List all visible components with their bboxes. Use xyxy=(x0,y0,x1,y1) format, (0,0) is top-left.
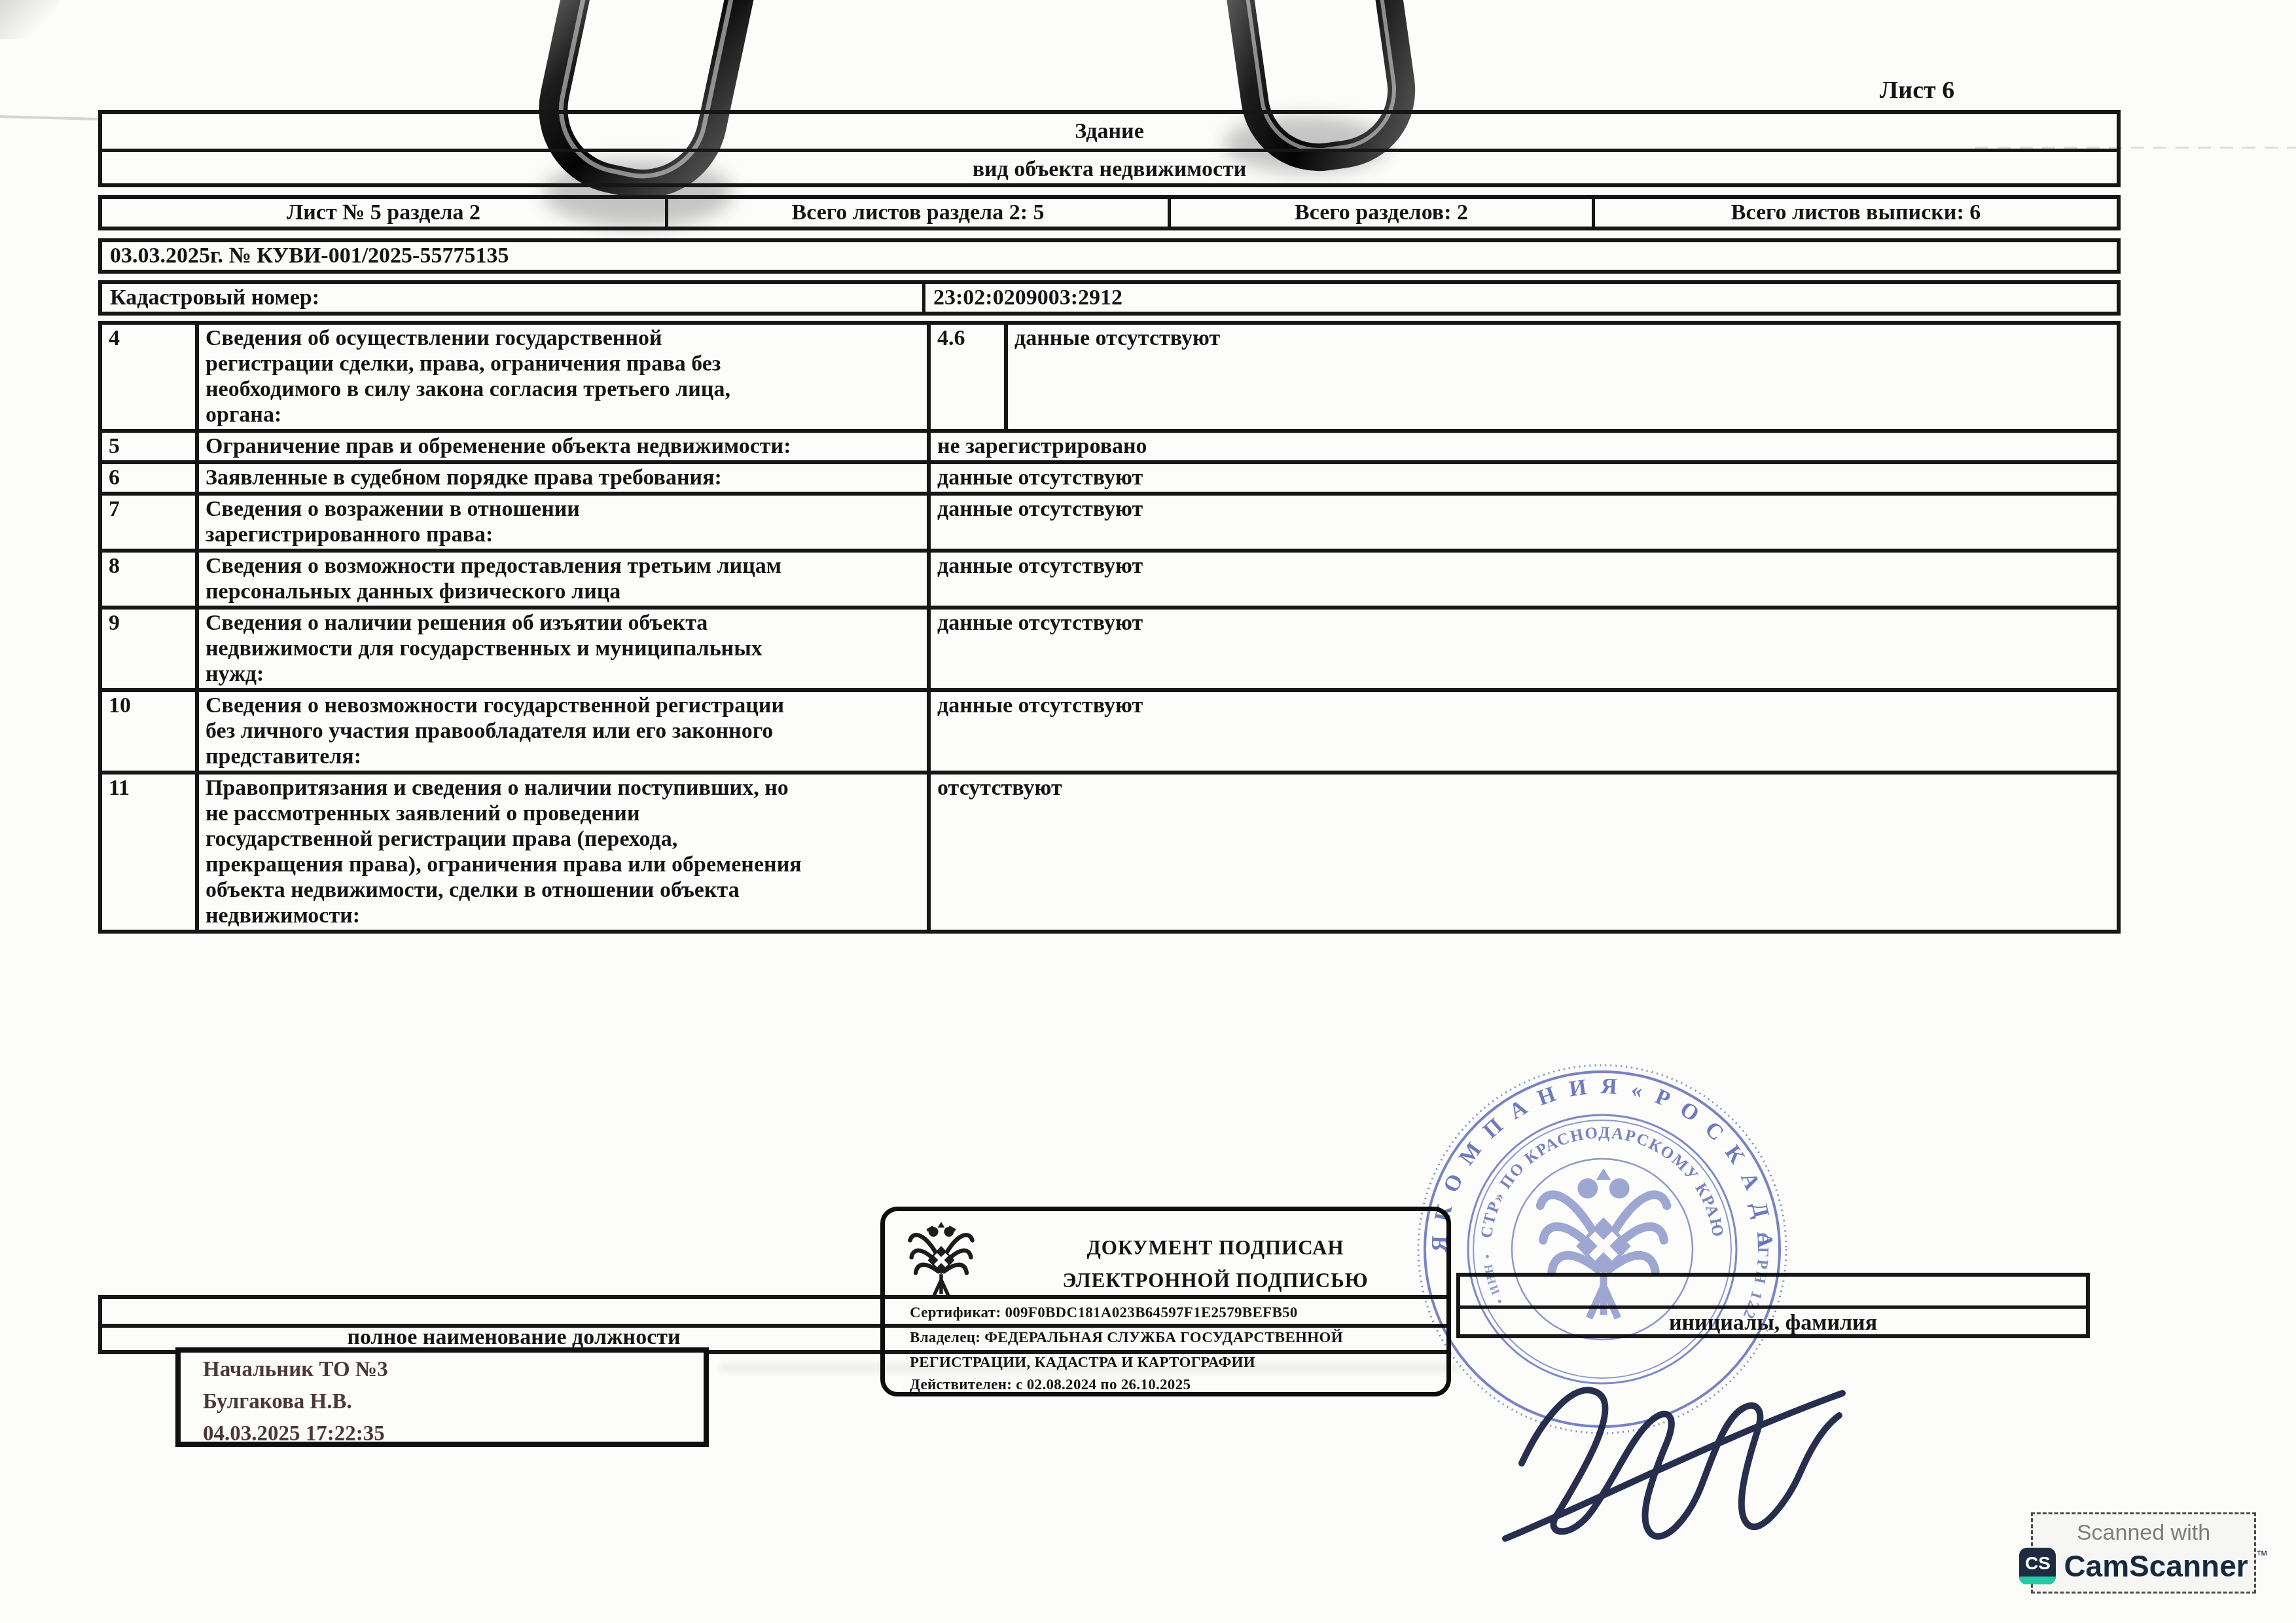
row-value-cell: данные отсутствуют xyxy=(929,551,2119,608)
scan-artifact-line xyxy=(0,115,99,120)
row-number-cell: 6 xyxy=(100,462,197,494)
table-row: 4 Сведения об осуществлении государствен… xyxy=(100,323,2119,431)
row-value-cell: данные отсутствуют xyxy=(1006,323,2119,431)
row-value-cell: отсутствуют xyxy=(929,773,2119,932)
esign-validity: Действителен: с 02.08.2024 по 26.10.2025 xyxy=(910,1376,1446,1393)
row-number-cell: 7 xyxy=(100,494,197,551)
object-type-value: Здание xyxy=(102,114,2117,152)
esign-certificate: Сертификат: 009F0BDC181A023B64597F1E2579… xyxy=(910,1304,1446,1321)
row-number-cell: 5 xyxy=(100,431,197,462)
handwritten-signature xyxy=(1486,1322,1852,1571)
cadastral-number-row: Кадастровый номер: 23:02:0209003:2912 xyxy=(98,280,2121,316)
row-number-cell: 9 xyxy=(100,608,197,690)
stamp-right-arc-text: ОГРН 122 xyxy=(1738,1229,1776,1324)
row-desc-cell: Правопритязания и сведения о наличии пос… xyxy=(197,773,929,932)
meta-cell-section-sheets: Всего листов раздела 2: 5 xyxy=(668,199,1171,227)
row-value-cell: данные отсутствуют xyxy=(929,462,2119,494)
row-desc-cell: Ограничение прав и обременение объекта н… xyxy=(197,431,929,462)
table-row: 8 Сведения о возможности предоставления … xyxy=(100,551,2119,608)
svg-text:ОГРН 122: ОГРН 122 xyxy=(1738,1229,1776,1324)
object-type-table: Здание вид объекта недвижимости xyxy=(98,110,2121,187)
row-number-cell: 11 xyxy=(100,773,197,932)
row-value-cell: данные отсутствуют xyxy=(929,494,2119,551)
meta-cell-extract-sheets: Всего листов выписки: 6 xyxy=(1595,199,2117,227)
signer-info-box: Начальник ТО №3 Булгакова Н.В. 04.03.202… xyxy=(175,1347,709,1447)
table-row: 9 Сведения о наличии решения об изъятии … xyxy=(100,608,2119,690)
row-desc-cell: Сведения о возможности предоставления тр… xyxy=(197,551,929,608)
object-type-caption: вид объекта недвижимости xyxy=(102,152,2117,187)
camscanner-brand: CamScanner xyxy=(2064,1548,2248,1584)
row-desc-cell: Сведения о невозможности государственной… xyxy=(197,690,929,773)
esign-owner-line1: Владелец: ФЕДЕРАЛЬНАЯ СЛУЖБА ГОСУДАРСТВЕ… xyxy=(910,1329,1446,1346)
camscanner-watermark: Scanned with CS CamScanner ™ xyxy=(2031,1512,2256,1594)
row-desc-cell: Сведения об осуществлении государственно… xyxy=(197,323,929,431)
table-row: 7 Сведения о возражении в отношении заре… xyxy=(100,494,2119,551)
signer-name: Булгакова Н.В. xyxy=(203,1386,704,1418)
request-number-row: 03.03.2025г. № КУВИ-001/2025-55775135 xyxy=(98,238,2121,274)
row-value-cell: данные отсутствуют xyxy=(929,608,2119,690)
position-caption: полное наименование должности xyxy=(98,1325,929,1350)
camscanner-scanned-with: Scanned with xyxy=(2077,1522,2210,1544)
cadastral-number-label: Кадастровый номер: xyxy=(102,284,925,312)
table-row: 6 Заявленные в судебном порядке права тр… xyxy=(100,462,2119,494)
camscanner-tm: ™ xyxy=(2256,1549,2268,1561)
signer-position: Начальник ТО №3 xyxy=(203,1354,704,1386)
scan-corner-smudge xyxy=(0,0,59,39)
meta-cell-sections: Всего разделов: 2 xyxy=(1171,199,1595,227)
row-subnumber-cell: 4.6 xyxy=(929,323,1006,431)
row-value-cell: данные отсутствуют xyxy=(929,690,2119,773)
sheet-meta-row: Лист № 5 раздела 2 Всего листов раздела … xyxy=(98,195,2121,230)
row-number-cell: 4 xyxy=(100,323,197,431)
sheet-number: Лист 6 xyxy=(1880,76,1984,105)
meta-cell-sheet: Лист № 5 раздела 2 xyxy=(102,199,668,227)
scanned-document-page: Лист 6 Здание вид объекта недвижимости Л… xyxy=(0,0,2296,1623)
stamp-left-arc-text: • ИНН • xyxy=(1478,1250,1507,1307)
table-row: 5 Ограничение прав и обременение объекта… xyxy=(100,431,2119,462)
row-desc-cell: Сведения о наличии решения об изъятии об… xyxy=(197,608,929,690)
svg-text:• ИНН •: • ИНН • xyxy=(1478,1250,1507,1307)
table-row: 10 Сведения о невозможности государствен… xyxy=(100,690,2119,773)
signer-datetime: 04.03.2025 17:22:35 xyxy=(203,1418,704,1450)
row-desc-cell: Сведения о возражении в отношении зареги… xyxy=(197,494,929,551)
record-table: 4 Сведения об осуществлении государствен… xyxy=(98,321,2121,934)
row-number-cell: 8 xyxy=(100,551,197,608)
esign-title-line1: ДОКУМЕНТ ПОДПИСАН xyxy=(990,1236,1441,1260)
esign-stamp-box: ДОКУМЕНТ ПОДПИСАН ЭЛЕКТРОННОЙ ПОДПИСЬЮ С… xyxy=(880,1207,1451,1396)
stamp-eagle-icon xyxy=(1540,1168,1667,1318)
esign-title-line2: ЭЛЕКТРОННОЙ ПОДПИСЬЮ xyxy=(990,1269,1441,1292)
rosreestr-eagle-icon xyxy=(906,1220,977,1305)
cadastral-number-value: 23:02:0209003:2912 xyxy=(925,284,2117,312)
row-desc-cell: Заявленные в судебном порядке права треб… xyxy=(197,462,929,494)
table-row: 11 Правопритязания и сведения о наличии … xyxy=(100,773,2119,932)
camscanner-cs-text: CS xyxy=(2025,1554,2051,1573)
camscanner-cs-icon: CS xyxy=(2019,1548,2056,1584)
esign-owner-line2: РЕГИСТРАЦИИ, КАДАСТРА И КАРТОГРАФИИ xyxy=(910,1354,1446,1371)
row-number-cell: 10 xyxy=(100,690,197,773)
row-value-cell: не зарегистрировано xyxy=(929,431,2119,462)
